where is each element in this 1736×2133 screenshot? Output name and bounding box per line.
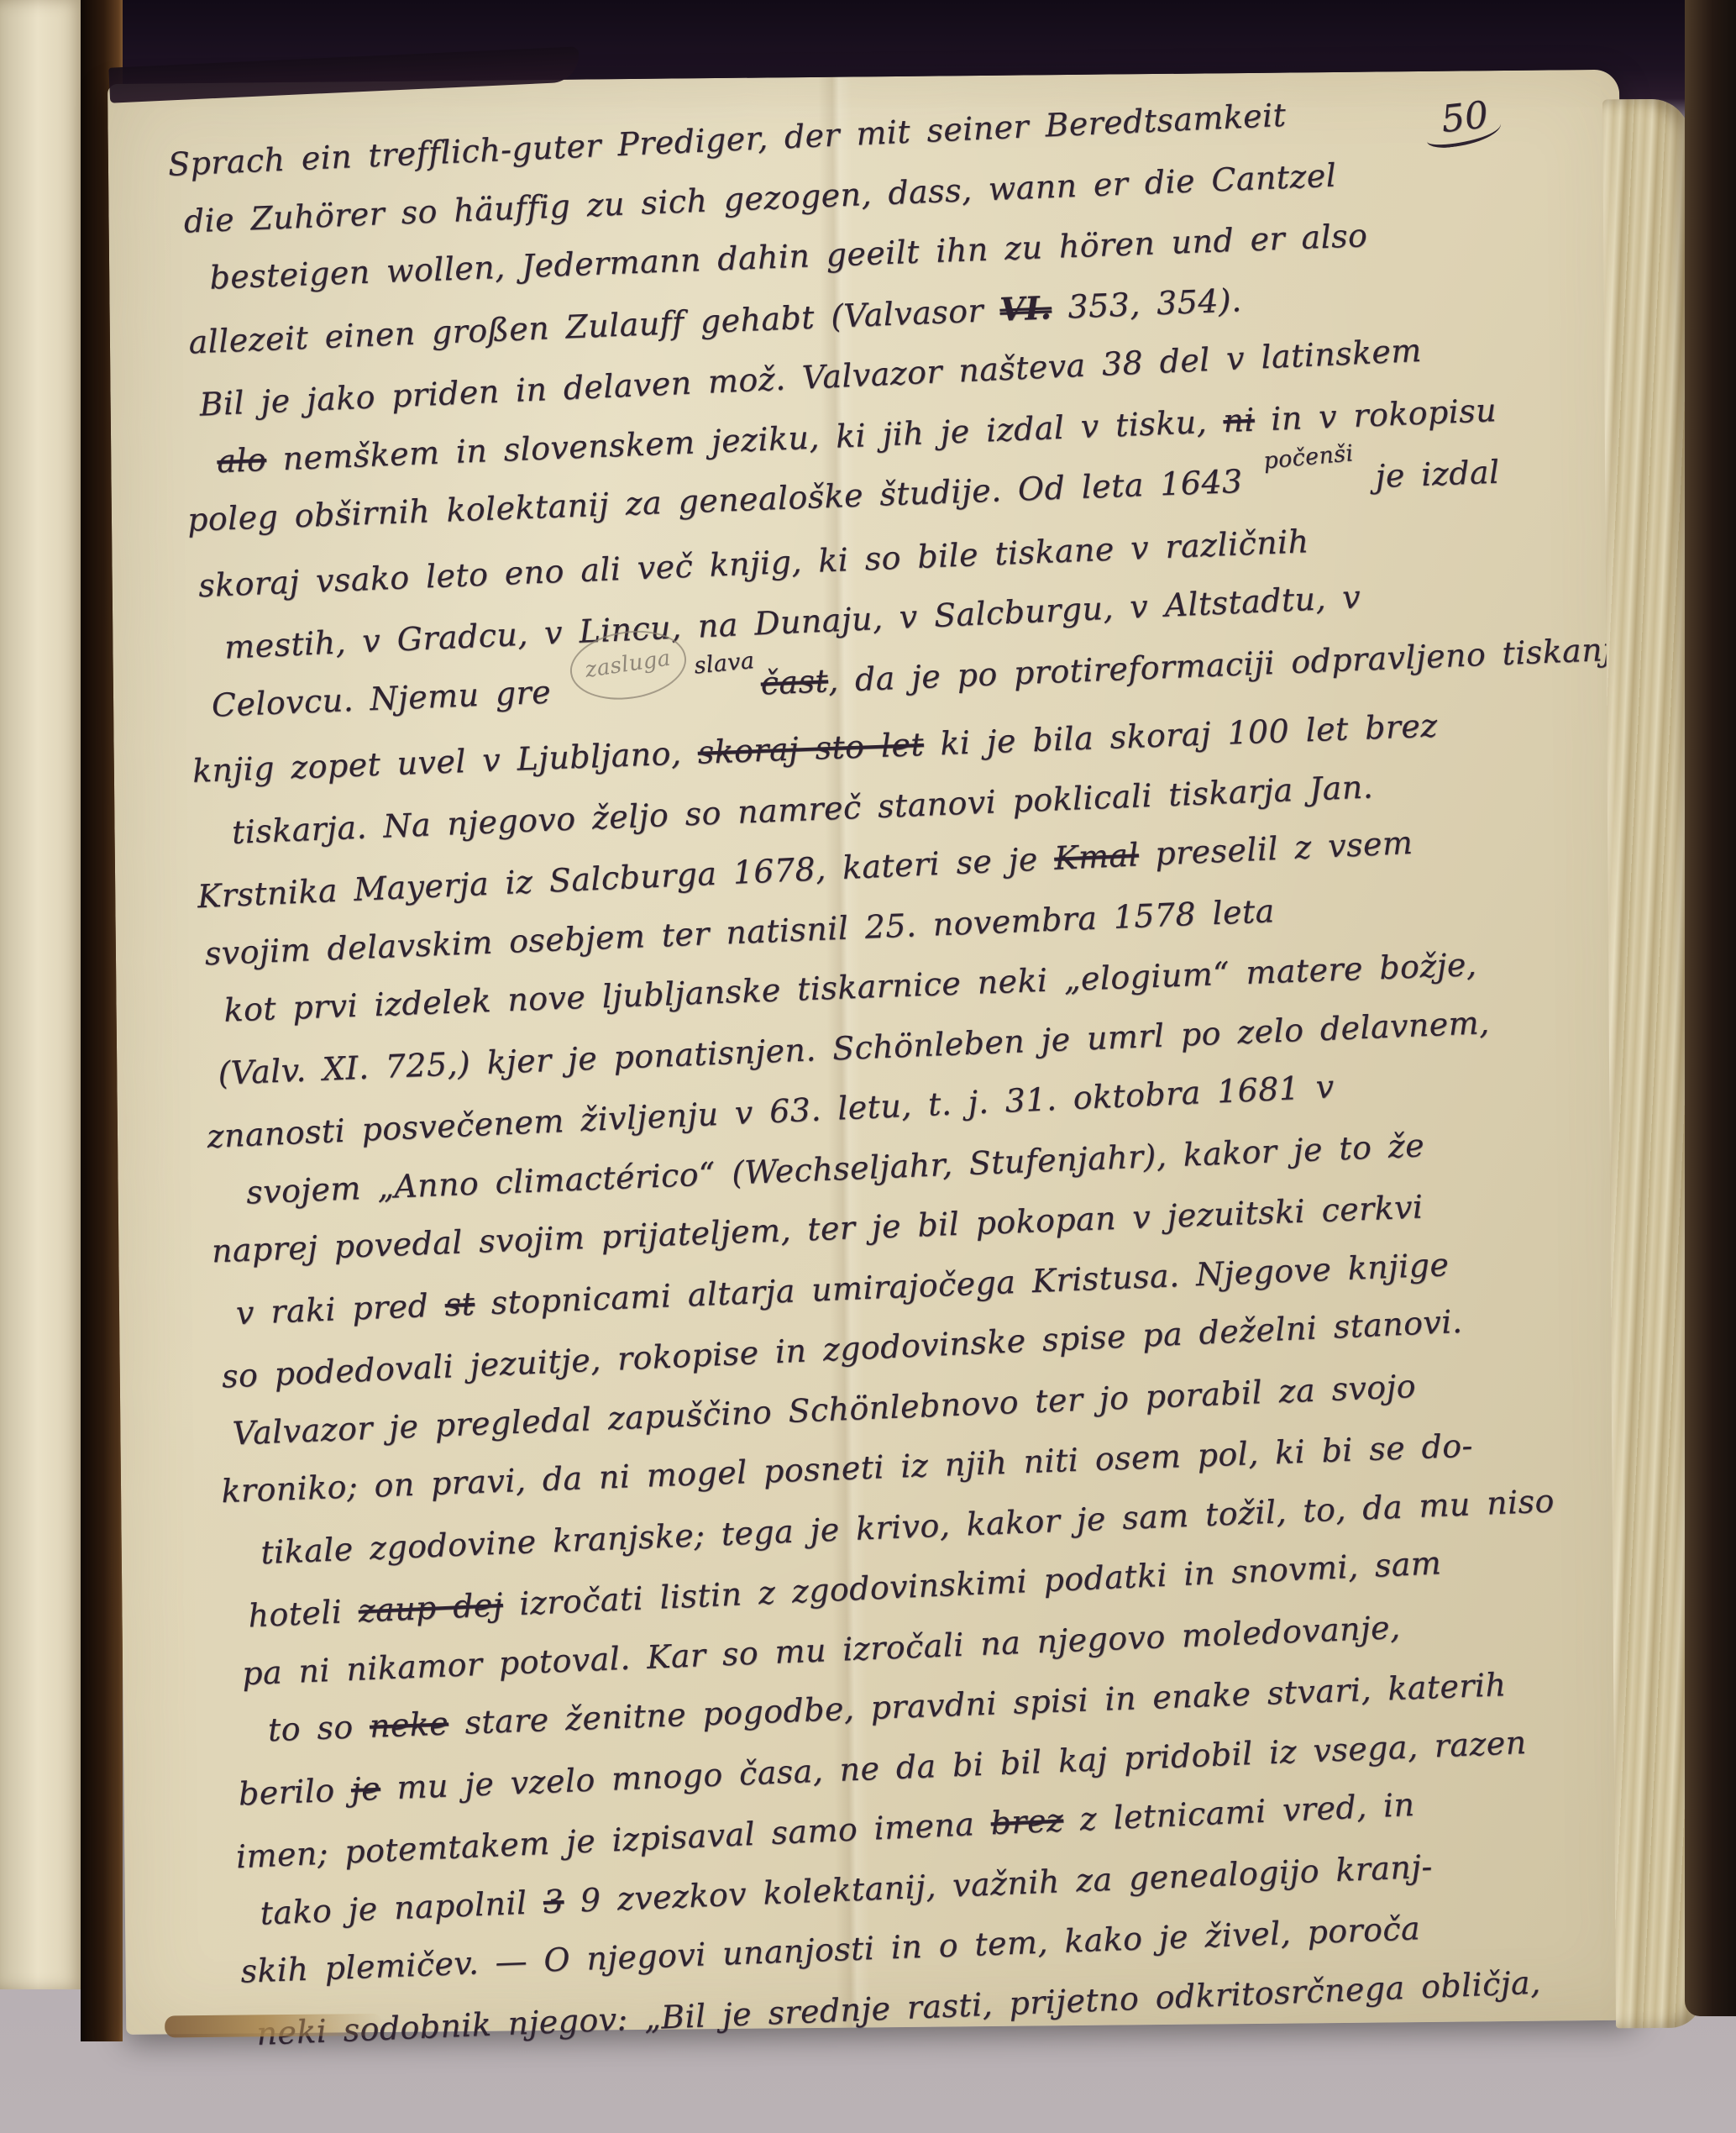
text-segment: z letnicami vred, in xyxy=(1062,1786,1415,1839)
struck-word: ni xyxy=(1222,401,1255,439)
bottom-left-wear-spot xyxy=(165,2014,383,2037)
struck-word: 3 xyxy=(543,1883,564,1920)
struck-word: st xyxy=(444,1285,475,1322)
struck-word: zaup dej xyxy=(358,1586,504,1630)
struck-word: brez xyxy=(990,1801,1064,1841)
struck-word: Kmal xyxy=(1053,836,1140,876)
text-segment: hoteli xyxy=(248,1593,359,1635)
struck-word: čast xyxy=(760,662,829,701)
manuscript-photo: 50 Sprach ein trefflich-guter Prediger, … xyxy=(0,0,1736,2133)
struck-word: VI. xyxy=(999,288,1052,328)
text-segment: preselil z vsem xyxy=(1138,824,1413,873)
struck-word: je xyxy=(350,1769,381,1807)
facing-page-edge xyxy=(0,0,84,1989)
ink-insertion: počenši xyxy=(1261,423,1356,491)
text-segment: tako je napolnil xyxy=(260,1883,544,1932)
struck-word: skoraj sto let xyxy=(697,726,925,771)
text-segment: berilo xyxy=(238,1771,352,1812)
photo-right-edge xyxy=(1685,0,1736,2016)
text-segment: v raki pred xyxy=(235,1286,445,1332)
text-segment: Celovcu. Njemu gre xyxy=(211,672,568,723)
struck-word: alo xyxy=(216,440,267,479)
manuscript-page: 50 Sprach ein trefflich-guter Prediger, … xyxy=(108,70,1638,2035)
text-segment: knjig zopet uvel v Ljubljano, xyxy=(191,734,698,790)
text-segment: je izdal xyxy=(1358,454,1500,496)
struck-word: neke xyxy=(369,1705,449,1744)
text-segment: ki je bila skoraj 100 let brez xyxy=(923,707,1438,762)
manuscript-lines: Sprach ein trefflich-guter Prediger, der… xyxy=(167,76,1638,2065)
ink-insertion: slava xyxy=(692,631,758,696)
text-segment: 353, 354). xyxy=(1051,281,1242,326)
text-segment: to so xyxy=(267,1708,370,1748)
